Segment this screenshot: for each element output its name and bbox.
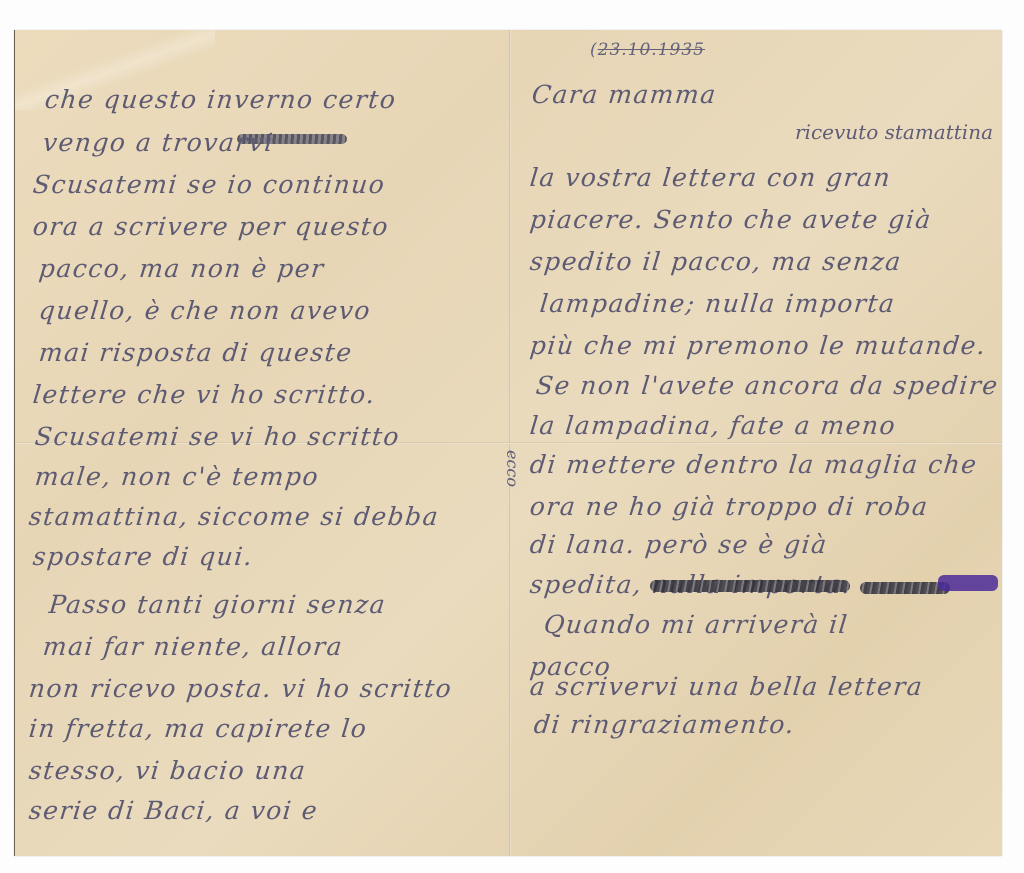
left-line: mai risposta di queste bbox=[37, 338, 354, 367]
left-line: serie di Baci, a voi e bbox=[27, 796, 319, 825]
right-line: di ringraziamento. bbox=[532, 710, 796, 739]
right-line: lampadine; nulla importa bbox=[538, 289, 897, 318]
right-line: spedito il pacco, ma senza bbox=[528, 247, 903, 276]
right-line: Quando mi arriverà il bbox=[542, 610, 849, 639]
right-line: la lampadina, fate a meno bbox=[528, 411, 897, 440]
left-line: quello, è che non avevo bbox=[37, 296, 372, 325]
left-line: ora a scrivere per questo bbox=[31, 212, 390, 241]
right-line: Se non l'avete ancora da spedire bbox=[534, 371, 1000, 400]
right-line: la vostra lettera con gran bbox=[528, 163, 892, 192]
purple-ink-blot bbox=[938, 575, 998, 591]
right-page: (23.10.1935 Cara mamma ricevuto stamatti… bbox=[520, 30, 1000, 856]
right-line: di mettere dentro la maglia che bbox=[528, 450, 979, 479]
left-page: che questo inverno certo vengo a trovarv… bbox=[25, 30, 505, 856]
left-line: vengo a trovarvi bbox=[41, 128, 275, 157]
greeting: Cara mamma bbox=[530, 80, 718, 109]
left-line: lettere che vi ho scritto. bbox=[31, 380, 377, 409]
left-line: spostare di qui. bbox=[31, 542, 254, 571]
left-line: stesso, vi bacio una bbox=[27, 756, 307, 785]
right-line: di lana. però se è già bbox=[528, 530, 829, 559]
left-line: stamattina, siccome si debba bbox=[27, 502, 440, 531]
right-line: ora ne ho già troppo di roba bbox=[528, 492, 930, 521]
right-line: piacere. Sento che avete già bbox=[528, 205, 933, 234]
scribbled-out-text bbox=[860, 582, 950, 594]
left-line: Scusatemi se io continuo bbox=[31, 170, 387, 199]
marginal-note: ricevuto stamattina bbox=[795, 120, 993, 144]
left-line: in fretta, ma capirete lo bbox=[27, 714, 369, 743]
left-line: pacco, ma non è per bbox=[37, 254, 326, 283]
left-line: Passo tanti giorni senza bbox=[47, 590, 387, 619]
letter-sheet: che questo inverno certo vengo a trovarv… bbox=[14, 30, 1002, 856]
left-line: che questo inverno certo bbox=[43, 85, 398, 114]
scribbled-out-text bbox=[650, 580, 850, 592]
left-line: male, non c'è tempo bbox=[33, 462, 320, 491]
left-line: mai far niente, allora bbox=[41, 632, 344, 661]
date-value: 23.10.1935 bbox=[598, 40, 705, 60]
right-line: a scrivervi una bella lettera bbox=[528, 672, 924, 701]
right-line: più che mi premono le mutande. bbox=[528, 331, 988, 360]
left-line: Scusatemi se vi ho scritto bbox=[33, 422, 401, 451]
letter-date: (23.10.1935 bbox=[590, 40, 705, 60]
date-prefix: ( bbox=[590, 40, 598, 60]
left-line: non ricevo posta. vi ho scritto bbox=[27, 674, 453, 703]
